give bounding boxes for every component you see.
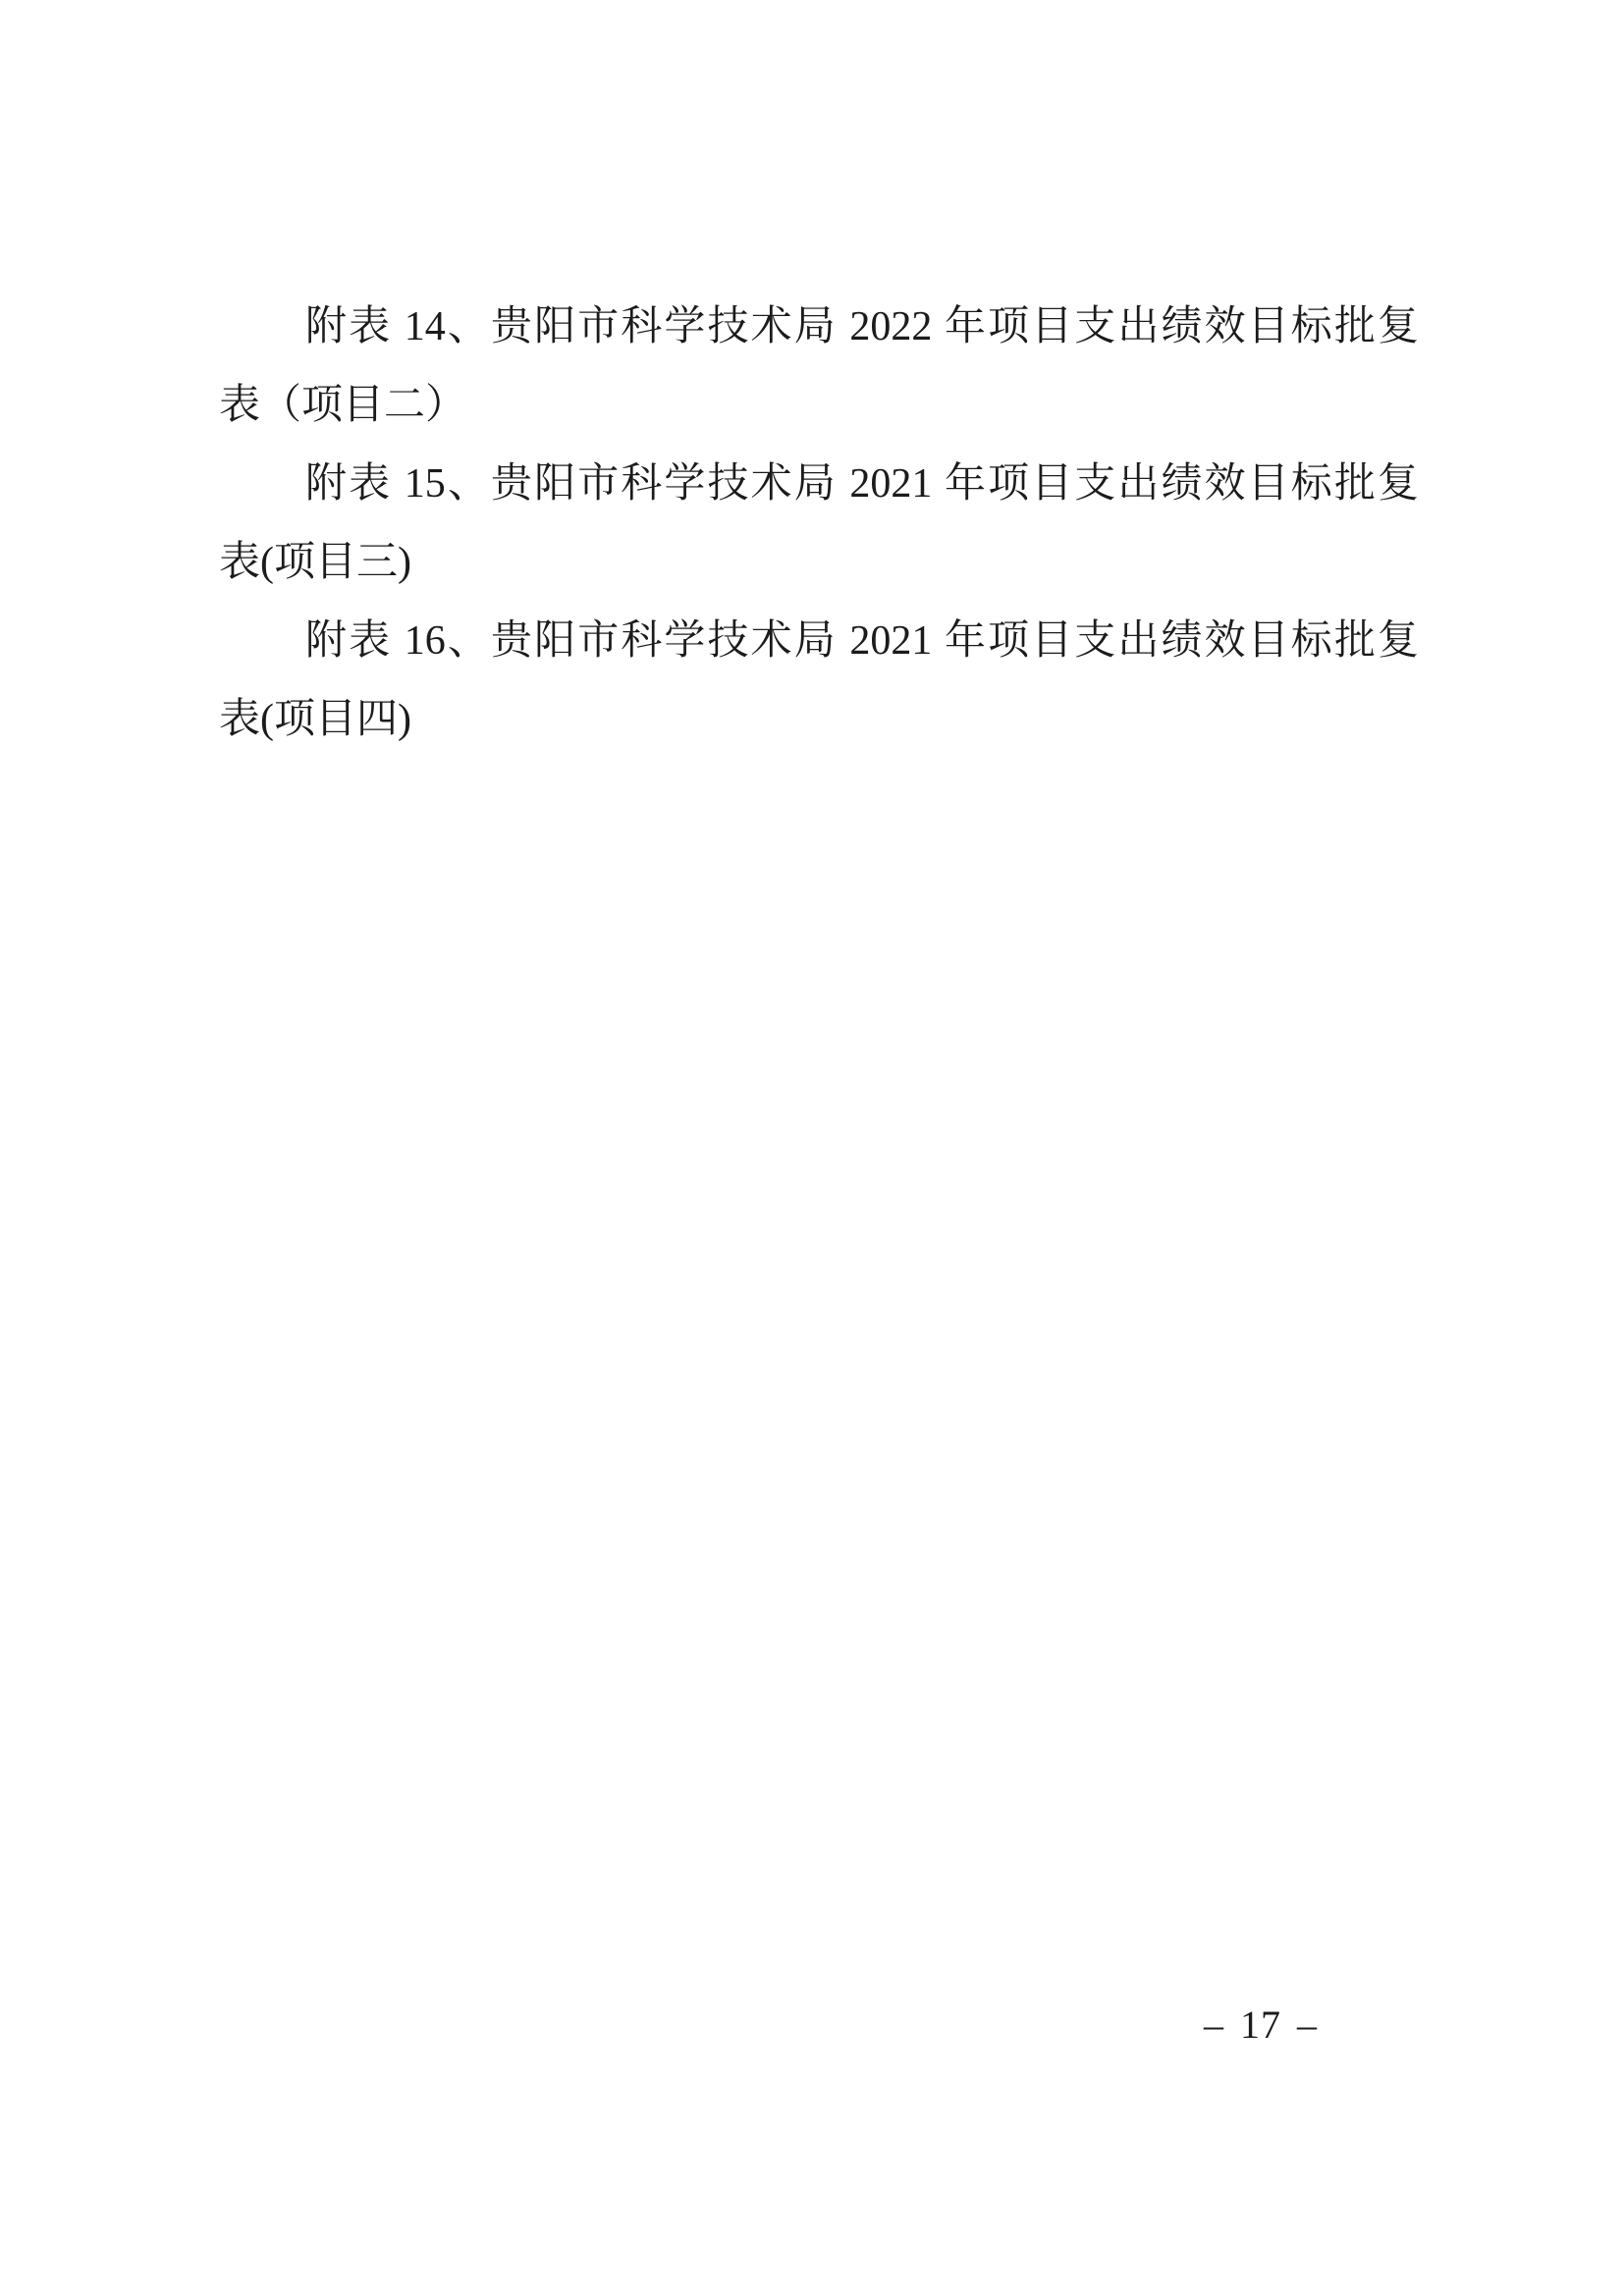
attachment-16-line-2: 表(项目四) <box>219 680 1419 759</box>
attachment-14-line-1: 附表 14、贵阳市科学技术局 2022 年项目支出绩效目标批复 <box>219 288 1419 366</box>
attachment-reference-14: 附表 14、贵阳市科学技术局 2022 年项目支出绩效目标批复 表（项目二） <box>219 288 1419 445</box>
attachment-reference-15: 附表 15、贵阳市科学技术局 2021 年项目支出绩效目标批复 表(项目三) <box>219 445 1419 602</box>
page-number: – 17 – <box>1204 2005 1318 2045</box>
attachment-reference-16: 附表 16、贵阳市科学技术局 2021 年项目支出绩效目标批复 表(项目四) <box>219 602 1419 759</box>
attachment-15-line-2: 表(项目三) <box>219 523 1419 602</box>
attachment-16-line-1: 附表 16、贵阳市科学技术局 2021 年项目支出绩效目标批复 <box>219 602 1419 680</box>
attachment-15-line-1: 附表 15、贵阳市科学技术局 2021 年项目支出绩效目标批复 <box>219 445 1419 523</box>
attachment-14-line-2: 表（项目二） <box>219 366 1419 445</box>
document-body: 附表 14、贵阳市科学技术局 2022 年项目支出绩效目标批复 表（项目二） 附… <box>219 288 1419 759</box>
document-page: 附表 14、贵阳市科学技术局 2022 年项目支出绩效目标批复 表（项目二） 附… <box>0 0 1624 2296</box>
